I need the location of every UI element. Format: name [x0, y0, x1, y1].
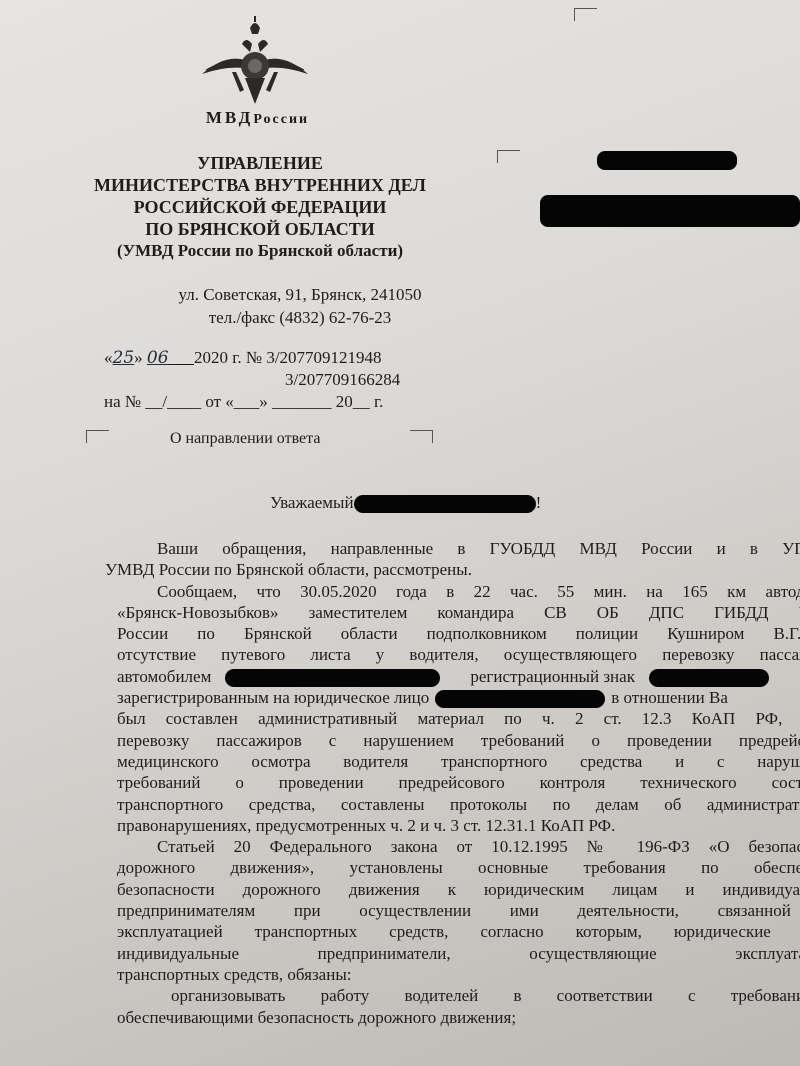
- registration-number-1: 3/207709121948: [266, 348, 381, 367]
- car-prefix: автомобилем: [117, 667, 211, 686]
- redacted-recipient-line-2: [540, 195, 800, 227]
- handwritten-month: 06: [147, 348, 169, 368]
- body-line: был составлен административный материал …: [117, 708, 800, 729]
- phone-fax: тел./факс (4832) 62-76-23: [150, 306, 450, 329]
- subject-line: О направлении ответа: [170, 430, 320, 448]
- org-line: РОССИЙСКОЙ ФЕДЕРАЦИИ: [40, 196, 480, 218]
- corner-mark: [497, 150, 520, 163]
- redacted-name: [354, 495, 536, 513]
- body-line: отсутствие путевого листа у водителя, ос…: [117, 644, 800, 665]
- body-line: требований о проведении предрейсового ко…: [117, 772, 800, 793]
- body-line: индивидуальные предприниматели, осуществ…: [117, 943, 800, 964]
- body-line: Сообщаем, что 30.05.2020 года в 22 час. …: [117, 581, 800, 602]
- registration-date-line: «25» 06 2020 г. № 3/207709121948: [104, 348, 382, 368]
- year-label: 2020 г. №: [194, 348, 262, 367]
- body-line-owner: зарегистрированным на юридическое лицов …: [117, 687, 800, 708]
- body-line: УМВД России по Брянской области, рассмот…: [105, 559, 800, 580]
- body-line: Статьей 20 Федерального закона от 10.12.…: [117, 836, 800, 857]
- body-line: медицинского осмотра водителя транспортн…: [117, 751, 800, 772]
- body-line: транспортных средств, обязаны:: [117, 964, 800, 985]
- redacted-car-model: [225, 669, 440, 687]
- organization-name: УПРАВЛЕНИЕ МИНИСТЕРСТВА ВНУТРЕННИХ ДЕЛ Р…: [40, 152, 480, 262]
- owner-prefix: зарегистрированным на юридическое лицо: [117, 688, 429, 707]
- body-line: «Брянск-Новозыбков» заместителем команди…: [117, 602, 800, 623]
- org-line: ПО БРЯНСКОЙ ОБЛАСТИ: [40, 218, 480, 240]
- body-line: дорожного движения», установлены основны…: [117, 857, 800, 878]
- brand-mvd-rossii: МВДРоссии: [150, 108, 365, 128]
- body-line: эксплуатацией транспортных средств, согл…: [117, 921, 800, 942]
- salutation-suffix: !: [536, 493, 542, 512]
- address: ул. Советская, 91, Брянск, 241050: [150, 283, 450, 306]
- salutation-prefix: Уважаемый: [270, 493, 354, 512]
- redacted-recipient-line-1: [597, 151, 737, 170]
- body-line: обеспечивающими безопасность дорожного д…: [117, 1007, 800, 1028]
- brand-rossii: России: [253, 112, 309, 127]
- body-line: Ваши обращения, направленные в ГУОБДД МВ…: [117, 538, 800, 559]
- body-line: предпринимателям при осуществлении ими д…: [117, 900, 800, 921]
- redacted-legal-entity: [435, 690, 605, 708]
- body-line: перевозку пассажиров с нарушением требов…: [117, 730, 800, 751]
- body-line: правонарушениях, предусмотренных ч. 2 и …: [117, 815, 800, 836]
- salutation: Уважаемый!: [270, 493, 541, 513]
- body-line: организовывать работу водителей в соотве…: [117, 985, 800, 1006]
- handwritten-day: 25: [113, 348, 135, 368]
- corner-mark: [574, 8, 597, 21]
- redacted-plate: [649, 669, 769, 687]
- reply-to-line: на № __/____ от «___» _______ 20__ г.: [104, 392, 383, 412]
- brand-mvd: МВД: [206, 108, 253, 127]
- reg-plate-label: регистрационный знак: [470, 667, 635, 686]
- address-block: ул. Советская, 91, Брянск, 241050 тел./ф…: [150, 283, 450, 329]
- body-line: России по Брянской области подполковнико…: [117, 623, 800, 644]
- org-short-name: (УМВД России по Брянской области): [40, 240, 480, 262]
- org-line: УПРАВЛЕНИЕ: [40, 152, 480, 174]
- body-line: транспортного средства, составлены прото…: [117, 794, 800, 815]
- org-line: МИНИСТЕРСТВА ВНУТРЕННИХ ДЕЛ: [40, 174, 480, 196]
- registration-number-2: 3/207709166284: [285, 370, 400, 390]
- letter-body: Ваши обращения, направленные в ГУОБДД МВ…: [117, 538, 800, 1028]
- body-line-car: автомобилемрегистрационный знак: [117, 666, 800, 687]
- owner-suffix: в отношении Ва: [611, 688, 728, 707]
- corner-mark: [410, 430, 433, 443]
- mvd-emblem-icon: [200, 14, 310, 104]
- corner-mark: [86, 430, 109, 443]
- body-line: безопасности дорожного движения к юридич…: [117, 879, 800, 900]
